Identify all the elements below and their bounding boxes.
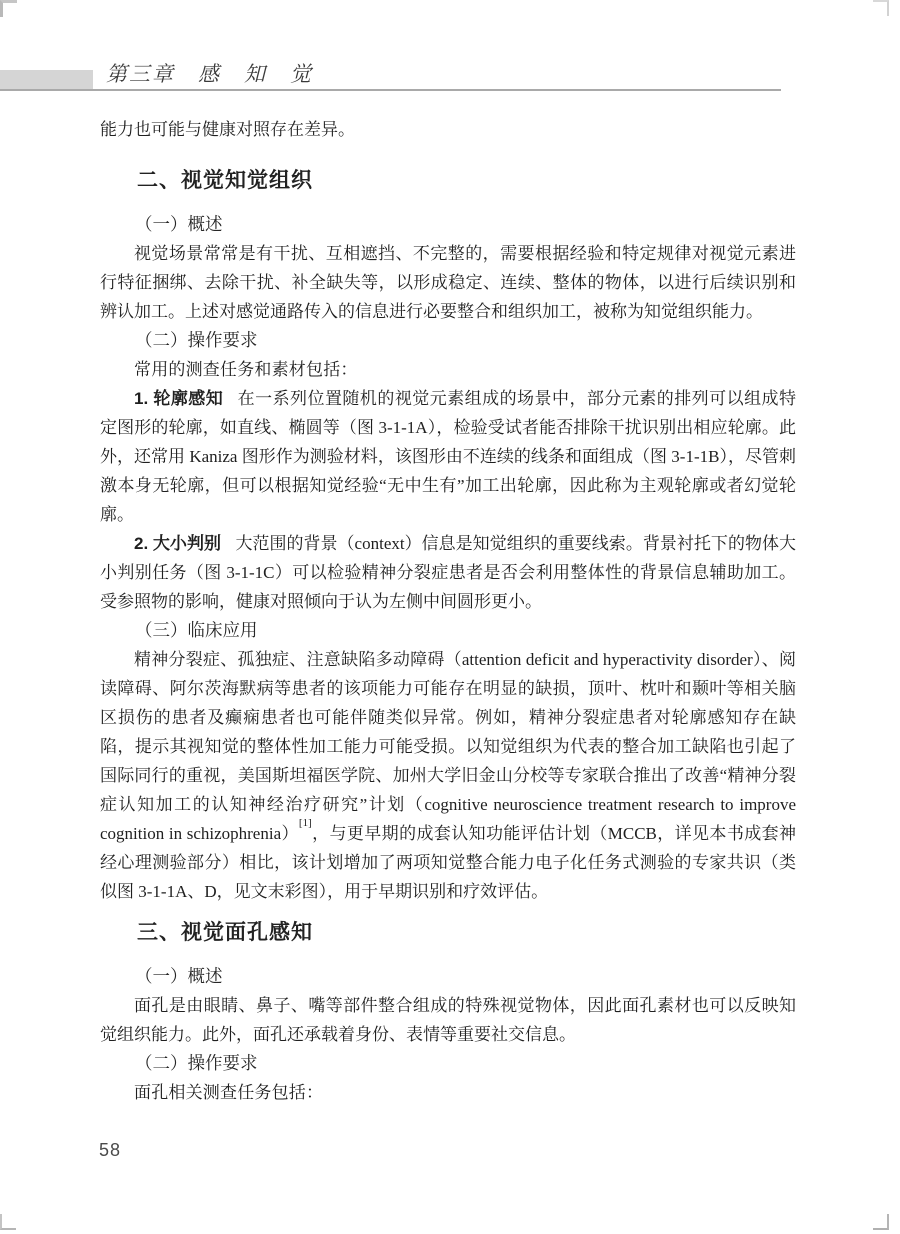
subheading-operation-1: （二）操作要求 xyxy=(100,326,796,355)
running-head: 第三章 感 知 觉 xyxy=(0,0,900,95)
section-heading-visual-organization: 二、视觉知觉组织 xyxy=(100,166,796,196)
chapter-title: 第三章 感 知 觉 xyxy=(106,58,313,88)
subheading-overview-1: （一）概述 xyxy=(100,210,796,239)
crop-mark-bottom-left-icon xyxy=(0,1214,16,1230)
running-head-rule xyxy=(0,89,781,91)
list-item-size-judgment: 2. 大小判别大范围的背景（context）信息是知觉组织的重要线索。背景衬托下… xyxy=(100,529,796,616)
item-text-contour: 在一系列位置随机的视觉元素组成的场景中，部分元素的排列可以组成特定图形的轮廓，如… xyxy=(100,389,796,524)
paragraph-operation-intro-1: 常用的测查任务和素材包括： xyxy=(100,355,796,384)
clinical-text-before-ref: 精神分裂症、孤独症、注意缺陷多动障碍（attention deficit and… xyxy=(100,650,796,843)
paragraph-clinical: 精神分裂症、孤独症、注意缺陷多动障碍（attention deficit and… xyxy=(100,645,796,906)
carryover-paragraph: 能力也可能与健康对照存在差异。 xyxy=(100,115,796,144)
list-item-contour-perception: 1. 轮廓感知在一系列位置随机的视觉元素组成的场景中，部分元素的排列可以组成特定… xyxy=(100,384,796,529)
subheading-overview-2: （一）概述 xyxy=(100,962,796,991)
section-heading-face-perception: 三、视觉面孔感知 xyxy=(100,918,796,948)
paragraph-overview-1: 视觉场景常常是有干扰、互相遮挡、不完整的，需要根据经验和特定规律对视觉元素进行特… xyxy=(100,239,796,326)
reference-superscript: [1] xyxy=(299,817,312,829)
paragraph-operation-intro-2: 面孔相关测查任务包括： xyxy=(100,1078,796,1107)
subheading-operation-2: （二）操作要求 xyxy=(100,1049,796,1078)
page-content: 能力也可能与健康对照存在差异。 二、视觉知觉组织 （一）概述 视觉场景常常是有干… xyxy=(100,115,796,1107)
paragraph-overview-2: 面孔是由眼睛、鼻子、嘴等部件整合组成的特殊视觉物体，因此面孔素材也可以反映知觉组… xyxy=(100,991,796,1049)
item-label-size: 2. 大小判别 xyxy=(134,534,221,553)
page-number: 58 xyxy=(99,1140,121,1161)
subheading-clinical: （三）临床应用 xyxy=(100,616,796,645)
book-page: 第三章 感 知 觉 能力也可能与健康对照存在差异。 二、视觉知觉组织 （一）概述… xyxy=(0,0,900,1234)
item-label-contour: 1. 轮廓感知 xyxy=(134,389,223,408)
running-head-bar xyxy=(0,70,93,91)
crop-mark-bottom-right-icon xyxy=(873,1214,889,1230)
